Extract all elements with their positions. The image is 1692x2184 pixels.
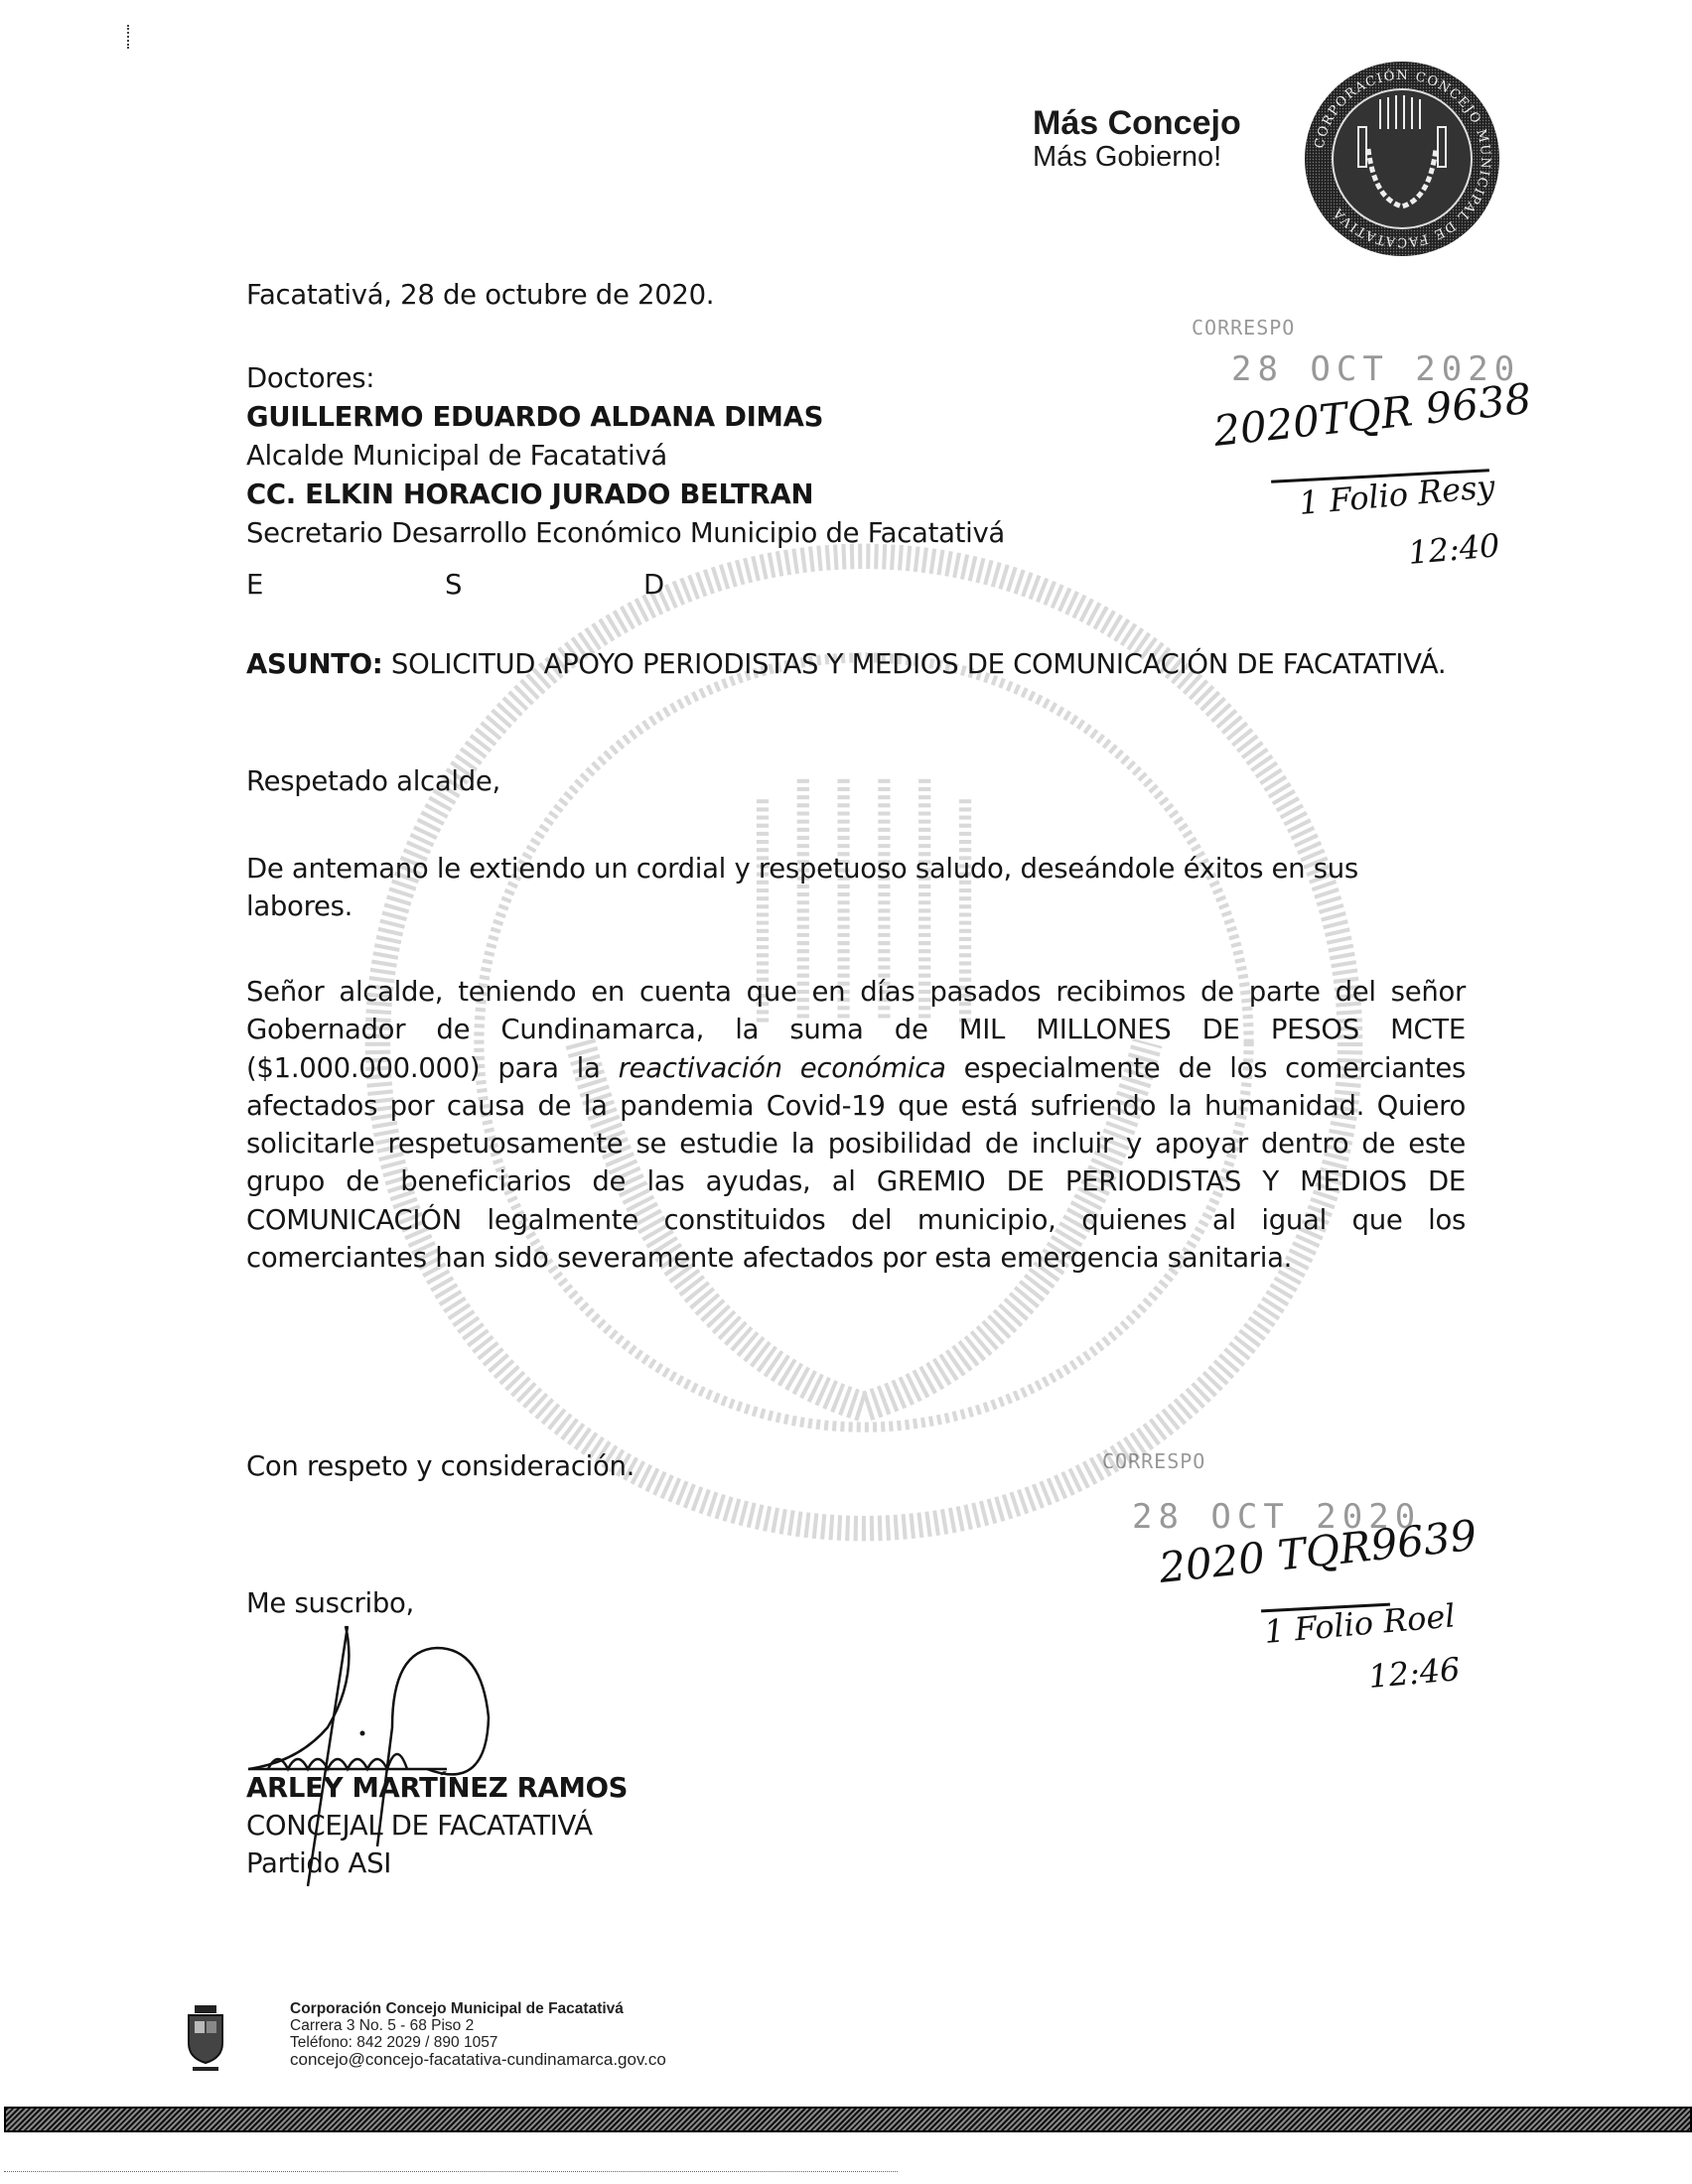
- signer-party: Partido ASI: [246, 1844, 391, 1882]
- recipient-role: Secretario Desarrollo Económico Municipi…: [246, 514, 1005, 553]
- received-stamp-label: CORRESPO: [1102, 1449, 1205, 1473]
- subject-label: ASUNTO:: [246, 648, 382, 680]
- footer-contact: Corporación Concejo Municipal de Facatat…: [290, 2000, 666, 2068]
- esd-d: D: [643, 566, 664, 604]
- subject: ASUNTO: SOLICITUD APOYO PERIODISTAS Y ME…: [246, 645, 1468, 683]
- subject-text: SOLICITUD APOYO PERIODISTAS Y MEDIOS DE …: [382, 648, 1446, 680]
- scan-artifact: [127, 25, 131, 49]
- letter-date: Facatativá, 28 de octubre de 2020.: [246, 276, 714, 314]
- body-emphasis: reactivación económica: [619, 1052, 946, 1084]
- body-paragraph: Señor alcalde, teniendo en cuenta que en…: [246, 973, 1466, 1277]
- signer-role: CONCEJAL DE FACATATIVÁ: [246, 1807, 593, 1844]
- footer-address: Carrera 3 No. 5 - 68 Piso 2: [290, 2017, 666, 2034]
- esd-s: S: [445, 566, 462, 604]
- closing: Con respeto y consideración.: [246, 1447, 634, 1485]
- slogan-line-2: Más Gobierno!: [1033, 141, 1221, 173]
- recipients-block: Doctores: GUILLERMO EDUARDO ALDANA DIMAS…: [246, 359, 1005, 553]
- recipient-name: GUILLERMO EDUARDO ALDANA DIMAS: [246, 398, 1005, 437]
- council-seal-icon: CORPORACIÓN CONCEJO MUNICIPAL DE FACATAT…: [1303, 60, 1501, 258]
- footer-phone: Teléfono: 842 2029 / 890 1057: [290, 2034, 666, 2051]
- slogan-line-1: Más Concejo: [1033, 105, 1241, 141]
- footer-email[interactable]: concejo@concejo-facatativa-cundinamarca.…: [290, 2051, 666, 2068]
- recipient-name: CC. ELKIN HORACIO JURADO BELTRAN: [246, 476, 1005, 514]
- esd-e: E: [246, 566, 263, 604]
- handwritten-note: 1 Folio Roel: [1263, 1596, 1457, 1651]
- handwritten-time: 12:40: [1407, 526, 1501, 572]
- salutation-title: Doctores:: [246, 359, 1005, 398]
- intro-paragraph: De antemano le extiendo un cordial y res…: [246, 850, 1468, 925]
- municipal-coat-of-arms-icon: [185, 2003, 226, 2073]
- scan-artifact: [4, 2171, 898, 2173]
- handwritten-time: 12:46: [1367, 1650, 1462, 1696]
- handwritten-note: 1 Folio Resy: [1298, 468, 1496, 522]
- greeting: Respetado alcalde,: [246, 762, 500, 800]
- signer-name: ARLEY MARTÍNEZ RAMOS: [246, 1769, 628, 1807]
- footer-org: Corporación Concejo Municipal de Facatat…: [290, 2000, 666, 2017]
- body-text: especialmente de los comerciantes afecta…: [246, 1052, 1466, 1274]
- footer-bar: [4, 2107, 1692, 2132]
- recipient-role: Alcalde Municipal de Facatativá: [246, 437, 1005, 476]
- received-stamp-label: CORRESPO: [1192, 316, 1295, 340]
